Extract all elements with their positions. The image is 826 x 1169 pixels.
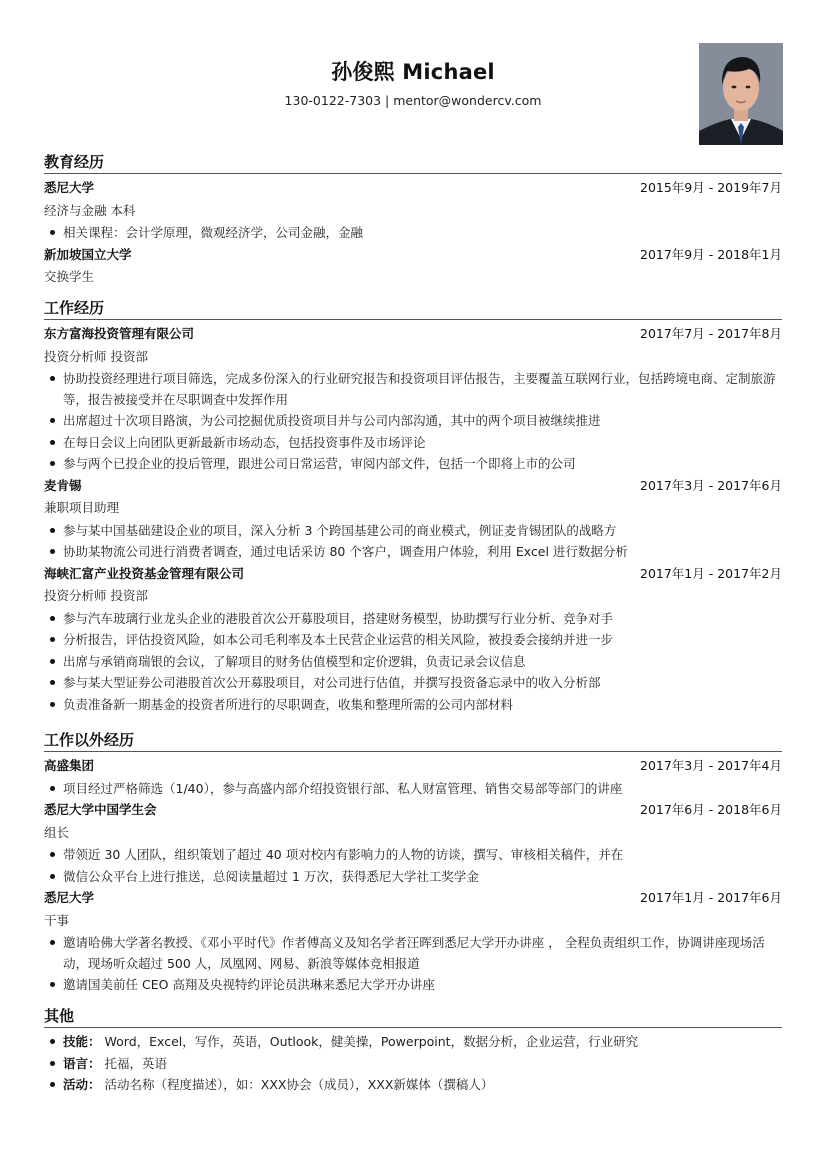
section-title-extracurricular: 工作以外经历	[44, 730, 782, 750]
extracurricular-section: 工作以外经历 高盛集团 2017年3月 - 2017年4月 项目经过严格筛选（1…	[44, 730, 782, 996]
organization-name: 悉尼大学	[44, 890, 94, 905]
degree: 交换学生	[44, 266, 782, 289]
candidate-name: 孙俊熙 Michael	[44, 56, 782, 86]
company-name: 海峡汇富产业投资基金管理有限公司	[44, 566, 244, 581]
skills-item: 技能： Word，Excel，写作，英语，Outlook，健美操，Powerpo…	[44, 1031, 782, 1053]
date-range: 2015年9月 - 2019年7月	[640, 177, 782, 200]
resume-page: 孙俊熙 Michael 130-0122-7303 | mentor@wonde…	[44, 0, 782, 150]
languages-text: 托福，英语	[105, 1056, 168, 1071]
school-name: 新加坡国立大学	[44, 247, 132, 262]
resume-header: 孙俊熙 Michael 130-0122-7303 | mentor@wonde…	[44, 0, 782, 150]
work-entry: 东方富海投资管理有限公司 2017年7月 - 2017年8月	[44, 323, 782, 346]
education-entry: 悉尼大学 2015年9月 - 2019年7月	[44, 177, 782, 200]
bullet-item: 协助投资经理进行项目筛选，完成多份深入的行业研究报告和投资项目评估报告，主要覆盖…	[44, 368, 782, 410]
date-range: 2017年1月 - 2017年2月	[640, 563, 782, 586]
organization-name: 高盛集团	[44, 758, 94, 773]
work-section: 工作经历 东方富海投资管理有限公司 2017年7月 - 2017年8月 投资分析…	[44, 298, 782, 715]
bullet-item: 负责准备新一期基金的投资者所进行的尽职调查，收集和整理所需的公司内部材料	[44, 694, 782, 716]
bullet-item: 相关课程：会计学原理，微观经济学，公司金融，金融	[44, 222, 782, 244]
other-section: 其他 技能： Word，Excel，写作，英语，Outlook，健美操，Powe…	[44, 1006, 782, 1096]
bullet-item: 分析报告，评估投资风险，如本公司毛利率及本土民营企业运营的相关风险，被投委会接纳…	[44, 629, 782, 651]
education-entry: 新加坡国立大学 2017年9月 - 2018年1月	[44, 244, 782, 267]
skills-text: Word，Excel，写作，英语，Outlook，健美操，Powerpoint，…	[105, 1034, 639, 1049]
role-title: 干事	[44, 910, 782, 933]
degree: 经济与金融 本科	[44, 200, 782, 223]
date-range: 2017年1月 - 2017年6月	[640, 887, 782, 910]
bullet-item: 微信公众平台上进行推送，总阅读量超过 1 万次，获得悉尼大学社工奖学金	[44, 866, 782, 888]
organization-name: 悉尼大学中国学生会	[44, 802, 157, 817]
activity-entry: 高盛集团 2017年3月 - 2017年4月	[44, 755, 782, 778]
bullet-item: 出席与承销商瑞银的会议，了解项目的财务估值模型和定价逻辑，负责记录会议信息	[44, 651, 782, 673]
bullet-item: 项目经过严格筛选（1/40），参与高盛内部介绍投资银行部、私人财富管理、销售交易…	[44, 778, 782, 800]
job-title: 投资分析师 投资部	[44, 585, 782, 608]
bullet-item: 带领近 30 人团队，组织策划了超过 40 项对校内有影响力的人物的访谈，撰写、…	[44, 844, 782, 866]
company-name: 麦肯锡	[44, 478, 82, 493]
activities-item: 活动： 活动名称（程度描述），如：XXX协会（成员），XXX新媒体（撰稿人）	[44, 1074, 782, 1096]
section-title-other: 其他	[44, 1006, 782, 1026]
portrait-illustration-icon	[699, 43, 783, 145]
activity-entry: 悉尼大学中国学生会 2017年6月 - 2018年6月	[44, 799, 782, 822]
languages-item: 语言： 托福，英语	[44, 1053, 782, 1075]
bullet-item: 邀请国美前任 CEO 高翔及央视特约评论员洪琳来悉尼大学开办讲座	[44, 974, 782, 996]
date-range: 2017年6月 - 2018年6月	[640, 799, 782, 822]
contact-info: 130-0122-7303 | mentor@wondercv.com	[44, 93, 782, 108]
bullet-item: 参与某中国基础建设企业的项目，深入分析 3 个跨国基建公司的商业模式，例证麦肯锡…	[44, 520, 782, 542]
company-name: 东方富海投资管理有限公司	[44, 326, 194, 341]
section-title-education: 教育经历	[44, 152, 782, 172]
bullet-item: 协助某物流公司进行消费者调查，通过电话采访 80 个客户，调查用户体验，利用 E…	[44, 541, 782, 563]
work-entry: 海峡汇富产业投资基金管理有限公司 2017年1月 - 2017年2月	[44, 563, 782, 586]
job-title: 兼职项目助理	[44, 497, 782, 520]
bullet-item: 在每日会议上向团队更新最新市场动态，包括投资事件及市场评论	[44, 432, 782, 454]
activities-text: 活动名称（程度描述），如：XXX协会（成员），XXX新媒体（撰稿人）	[105, 1077, 494, 1092]
date-range: 2017年9月 - 2018年1月	[640, 244, 782, 267]
bullet-item: 参与汽车玻璃行业龙头企业的港股首次公开募股项目，搭建财务模型，协助撰写行业分析、…	[44, 608, 782, 630]
school-name: 悉尼大学	[44, 180, 94, 195]
date-range: 2017年3月 - 2017年4月	[640, 755, 782, 778]
activities-label: 活动：	[63, 1077, 101, 1092]
bullet-item: 出席超过十次项目路演，为公司挖掘优质投资项目并与公司内部沟通，其中的两个项目被继…	[44, 410, 782, 432]
date-range: 2017年3月 - 2017年6月	[640, 475, 782, 498]
work-entry: 麦肯锡 2017年3月 - 2017年6月	[44, 475, 782, 498]
activity-entry: 悉尼大学 2017年1月 - 2017年6月	[44, 887, 782, 910]
bullet-item: 邀请哈佛大学著名教授、《邓小平时代》作者傅高义及知名学者汪晖到悉尼大学开办讲座 …	[44, 932, 782, 974]
bullet-item: 参与某大型证券公司港股首次公开募股项目，对公司进行估值，并撰写投资备忘录中的收入…	[44, 672, 782, 694]
section-title-work: 工作经历	[44, 298, 782, 318]
role-title: 组长	[44, 822, 782, 845]
date-range: 2017年7月 - 2017年8月	[640, 323, 782, 346]
job-title: 投资分析师 投资部	[44, 346, 782, 369]
skills-label: 技能：	[63, 1034, 101, 1049]
languages-label: 语言：	[63, 1056, 101, 1071]
portrait-photo	[699, 43, 783, 145]
education-section: 教育经历 悉尼大学 2015年9月 - 2019年7月 经济与金融 本科 相关课…	[44, 152, 782, 289]
bullet-item: 参与两个已投企业的投后管理，跟进公司日常运营，审阅内部文件，包括一个即将上市的公…	[44, 453, 782, 475]
